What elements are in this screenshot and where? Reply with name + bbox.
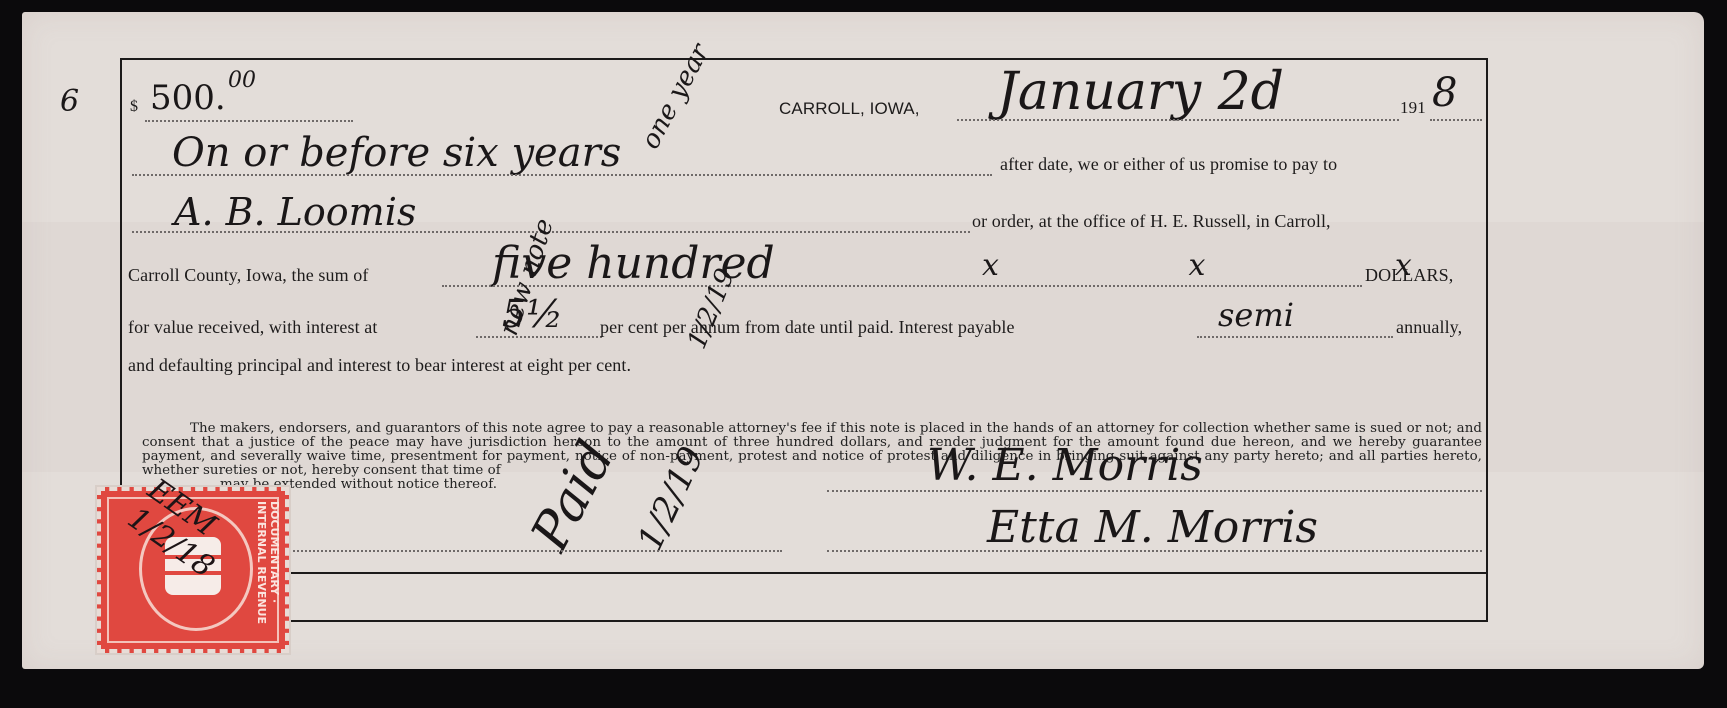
- line2-printed: or order, at the office of H. E. Russell…: [972, 211, 1331, 232]
- year-prefix: 191: [1400, 98, 1426, 118]
- fine-print-block: The makers, endorsers, and guarantors of…: [142, 422, 1482, 492]
- dollar-sign: $: [130, 98, 138, 116]
- line5-printed: and defaulting principal and interest to…: [128, 355, 631, 376]
- signature-1: W. E. Morris: [927, 440, 1203, 491]
- line4-suffix: annually,: [1396, 317, 1462, 338]
- interest-period-line: [1197, 336, 1393, 338]
- witness-line: [222, 550, 782, 552]
- date-line: [957, 119, 1399, 121]
- date-handwritten: January 2d: [997, 62, 1284, 122]
- place-label: CARROLL, IOWA,: [779, 99, 920, 119]
- term-line: [132, 174, 992, 176]
- sum-line: [442, 285, 1362, 287]
- bottom-rule: [282, 572, 1488, 574]
- line1-printed: after date, we or either of us promise t…: [1000, 154, 1337, 175]
- revenue-stamp: DOCUMENTARY · INTERNAL REVENUE EEM 1/2/1…: [97, 487, 289, 653]
- margin-number: 6: [60, 84, 79, 119]
- signature-2: Etta M. Morris: [987, 502, 1318, 553]
- year-line: [1430, 119, 1482, 121]
- line4-prefix: for value received, with interest at: [128, 317, 378, 338]
- amount-cents: 00: [228, 68, 256, 93]
- term-handwritten: On or before six years: [172, 130, 621, 176]
- payee-handwritten: A. B. Loomis: [174, 190, 416, 234]
- line3-prefix: Carroll County, Iowa, the sum of: [128, 265, 369, 286]
- interest-rate-line: [476, 336, 602, 338]
- signature-2-line: [827, 550, 1482, 552]
- amount-value: 500.: [150, 78, 226, 118]
- fine-print-text: The makers, endorsers, and guarantors of…: [142, 422, 1482, 478]
- signature-1-line: [827, 490, 1482, 492]
- interest-period: semi: [1218, 296, 1294, 334]
- year-suffix: 8: [1432, 70, 1457, 116]
- amount-line: [145, 120, 353, 122]
- line3-suffix: DOLLARS,: [1365, 265, 1453, 286]
- line4-middle: per cent per annum from date until paid.…: [600, 317, 1015, 338]
